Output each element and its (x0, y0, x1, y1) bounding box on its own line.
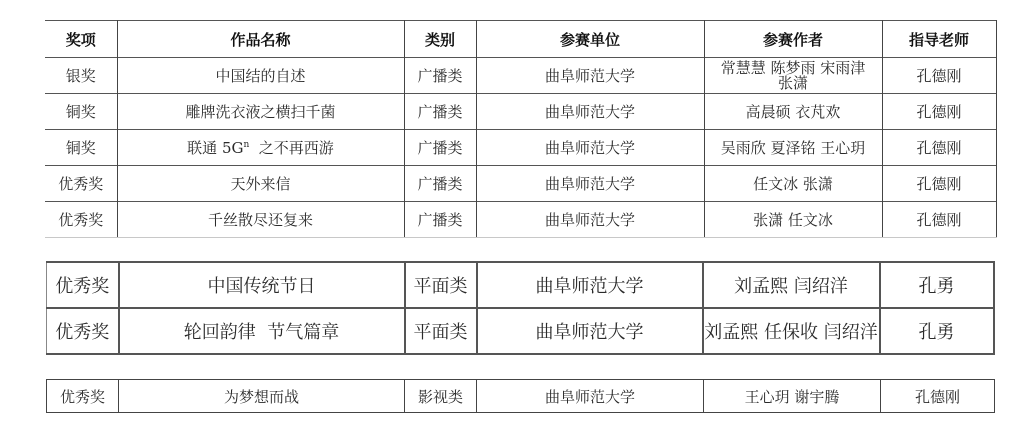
cell-authors: 常慧慧 陈梦雨 宋雨津 张潇 (704, 58, 882, 94)
table-row: 铜奖 联通 5Gn 之不再西游 广播类 曲阜师范大学 吴雨欣 夏泽铭 王心玥 孔… (45, 130, 996, 166)
cell-category: 广播类 (404, 202, 476, 238)
header-unit: 参赛单位 (476, 21, 704, 58)
cell-unit: 曲阜师范大学 (477, 308, 703, 354)
cell-award: 优秀奖 (45, 202, 117, 238)
table-row: 优秀奖 为梦想而战 影视类 曲阜师范大学 王心玥 谢宇腾 孔德刚 (47, 380, 995, 413)
cell-category: 平面类 (405, 262, 477, 308)
header-authors: 参赛作者 (704, 21, 882, 58)
cell-authors: 吴雨欣 夏泽铭 王心玥 (704, 130, 882, 166)
cell-authors: 王心玥 谢宇腾 (704, 380, 881, 413)
cell-advisor: 孔德刚 (882, 94, 996, 130)
cell-work-title: 为梦想而战 (119, 380, 405, 413)
cell-authors: 高晨硕 衣芃欢 (704, 94, 882, 130)
cell-advisor: 孔勇 (880, 262, 994, 308)
cell-category: 广播类 (404, 58, 476, 94)
cell-unit: 曲阜师范大学 (476, 202, 704, 238)
cell-advisor: 孔德刚 (882, 58, 996, 94)
cell-work-title: 轮回韵律 节气篇章 (119, 308, 405, 354)
cell-unit: 曲阜师范大学 (476, 58, 704, 94)
cell-work-title: 千丝散尽还复来 (117, 202, 404, 238)
table-header-row: 奖项 作品名称 类别 参赛单位 参赛作者 指导老师 (45, 21, 996, 58)
cell-category: 平面类 (405, 308, 477, 354)
cell-advisor: 孔德刚 (882, 130, 996, 166)
table-row: 优秀奖 天外来信 广播类 曲阜师范大学 任文冰 张潇 孔德刚 (45, 166, 996, 202)
table-row: 银奖 中国结的自述 广播类 曲阜师范大学 常慧慧 陈梦雨 宋雨津 张潇 孔德刚 (45, 58, 996, 94)
work-title-post: 之不再西游 (249, 139, 334, 157)
header-award: 奖项 (45, 21, 117, 58)
table-row: 铜奖 雕牌洗衣液之横扫千菌 广播类 曲阜师范大学 高晨硕 衣芃欢 孔德刚 (45, 94, 996, 130)
cell-advisor: 孔德刚 (882, 166, 996, 202)
cell-authors: 刘孟熙 任保收 闫绍洋 (703, 308, 880, 354)
cell-category: 广播类 (404, 94, 476, 130)
awards-table-broadcast: 奖项 作品名称 类别 参赛单位 参赛作者 指导老师 银奖 中国结的自述 广播类 … (45, 20, 997, 238)
cell-award: 优秀奖 (45, 166, 117, 202)
cell-authors: 任文冰 张潇 (704, 166, 882, 202)
cell-category: 广播类 (404, 130, 476, 166)
cell-authors: 刘孟熙 闫绍洋 (703, 262, 880, 308)
cell-unit: 曲阜师范大学 (477, 380, 704, 413)
awards-table-video: 优秀奖 为梦想而战 影视类 曲阜师范大学 王心玥 谢宇腾 孔德刚 (46, 379, 995, 413)
header-category: 类别 (404, 21, 476, 58)
authors-line-2: 张潇 (705, 76, 882, 91)
cell-work-title: 中国传统节日 (119, 262, 405, 308)
cell-advisor: 孔德刚 (882, 202, 996, 238)
cell-work-title: 联通 5Gn 之不再西游 (117, 130, 404, 166)
cell-award: 铜奖 (45, 94, 117, 130)
header-advisor: 指导老师 (882, 21, 996, 58)
cell-work-title: 天外来信 (117, 166, 404, 202)
cell-award: 优秀奖 (47, 380, 119, 413)
awards-table-print: 优秀奖 中国传统节日 平面类 曲阜师范大学 刘孟熙 闫绍洋 孔勇 优秀奖 轮回韵… (46, 261, 995, 355)
cell-award: 优秀奖 (47, 308, 119, 354)
cell-award: 银奖 (45, 58, 117, 94)
cell-unit: 曲阜师范大学 (476, 94, 704, 130)
cell-award: 铜奖 (45, 130, 117, 166)
cell-advisor: 孔德刚 (881, 380, 995, 413)
cell-work-title: 雕牌洗衣液之横扫千菌 (117, 94, 404, 130)
cell-advisor: 孔勇 (880, 308, 994, 354)
cell-unit: 曲阜师范大学 (476, 130, 704, 166)
cell-work-title: 中国结的自述 (117, 58, 404, 94)
cell-unit: 曲阜师范大学 (477, 262, 703, 308)
cell-category: 广播类 (404, 166, 476, 202)
work-title-pre: 联通 5G (187, 139, 243, 157)
table-row: 优秀奖 轮回韵律 节气篇章 平面类 曲阜师范大学 刘孟熙 任保收 闫绍洋 孔勇 (47, 308, 994, 354)
cell-authors: 张潇 任文冰 (704, 202, 882, 238)
header-work-title: 作品名称 (117, 21, 404, 58)
table-row: 优秀奖 中国传统节日 平面类 曲阜师范大学 刘孟熙 闫绍洋 孔勇 (47, 262, 994, 308)
cell-award: 优秀奖 (47, 262, 119, 308)
cell-unit: 曲阜师范大学 (476, 166, 704, 202)
table-row: 优秀奖 千丝散尽还复来 广播类 曲阜师范大学 张潇 任文冰 孔德刚 (45, 202, 996, 238)
cell-category: 影视类 (405, 380, 477, 413)
